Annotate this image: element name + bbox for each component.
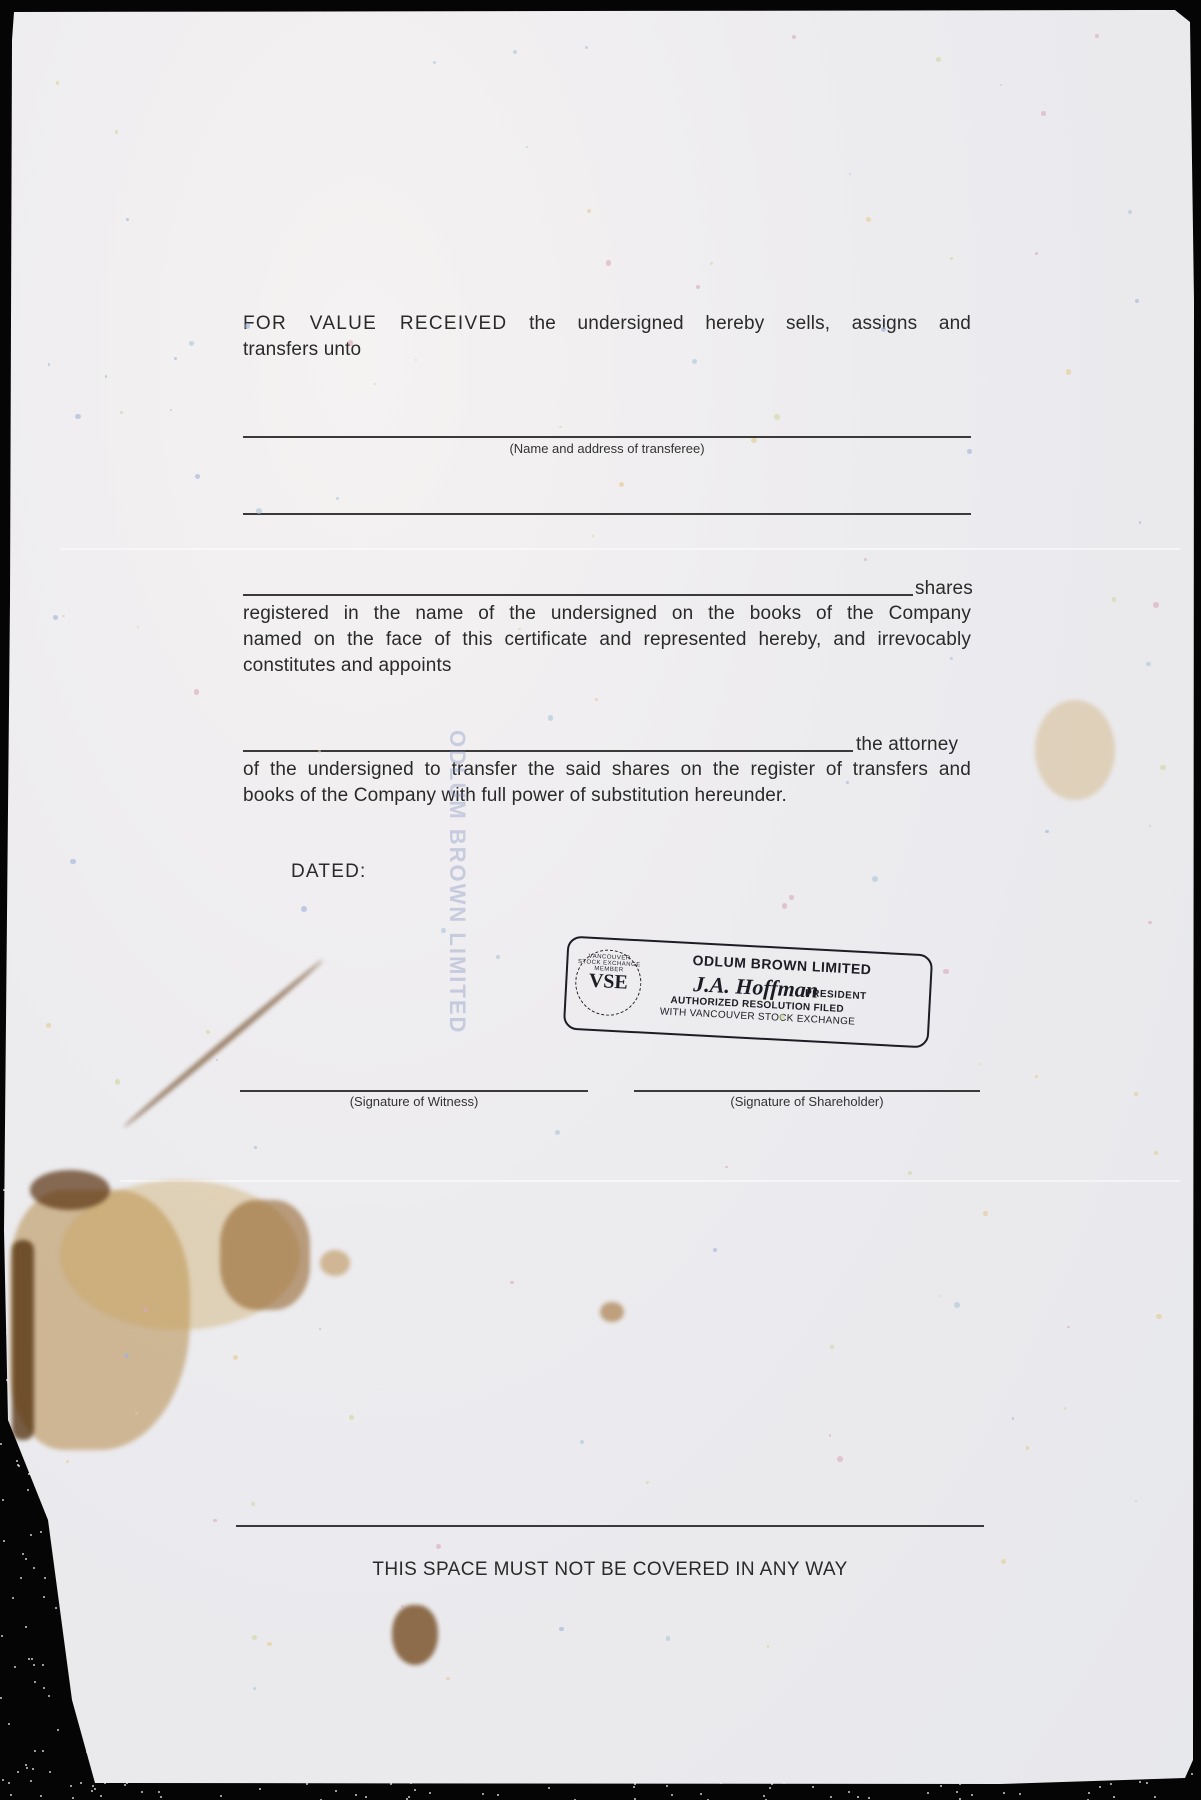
shareholder-caption: (Signature of Shareholder) — [634, 1094, 980, 1109]
footer-divider — [236, 1525, 984, 1527]
transferee-name-line[interactable] — [243, 436, 971, 438]
para2-line2: named on the face of this certificate an… — [243, 627, 971, 653]
witness-signature-line[interactable] — [240, 1090, 588, 1092]
para3-line2: books of the Company with full power of … — [243, 783, 787, 809]
authorization-stamp: VANCOUVER STOCK EXCHANGE MEMBER VSE ODLU… — [563, 935, 933, 1048]
footer-notice: THIS SPACE MUST NOT BE COVERED IN ANY WA… — [236, 1557, 984, 1583]
rust-stain — [1035, 700, 1115, 800]
para2-line1: registered in the name of the undersigne… — [243, 601, 971, 627]
vse-seal: VANCOUVER STOCK EXCHANGE MEMBER VSE — [574, 948, 643, 1017]
para1-line1: FOR VALUE RECEIVED the undersigned hereb… — [243, 311, 971, 337]
witness-caption: (Signature of Witness) — [240, 1094, 588, 1109]
certificate-paper: FOR VALUE RECEIVED the undersigned hereb… — [0, 0, 1201, 1800]
rust-stain — [320, 1250, 350, 1276]
attorney-line[interactable] — [243, 750, 853, 752]
transferee-caption: (Name and address of transferee) — [243, 441, 971, 456]
rust-stain — [392, 1605, 438, 1665]
rust-stain — [30, 1170, 110, 1210]
shares-label: shares — [915, 576, 973, 602]
para2-line3: constitutes and appoints — [243, 653, 452, 679]
shareholder-signature-line[interactable] — [634, 1090, 980, 1092]
fold-crease — [120, 1180, 1180, 1182]
transferee-address-line[interactable] — [243, 513, 971, 515]
rust-stain — [220, 1200, 310, 1310]
for-value-received: FOR VALUE RECEIVED — [243, 313, 507, 334]
attorney-label: the attorney — [856, 732, 958, 758]
rust-stain — [12, 1240, 34, 1440]
dated-label: DATED: — [291, 859, 366, 885]
rust-stain — [600, 1302, 624, 1322]
shares-count-line[interactable] — [243, 594, 913, 596]
para1-line2: transfers unto — [243, 337, 361, 363]
ghost-stamp-text: ODLUM BROWN LIMITED — [444, 730, 470, 1034]
para3-line1: of the undersigned to transfer the said … — [243, 757, 971, 783]
fold-crease — [60, 548, 1180, 550]
